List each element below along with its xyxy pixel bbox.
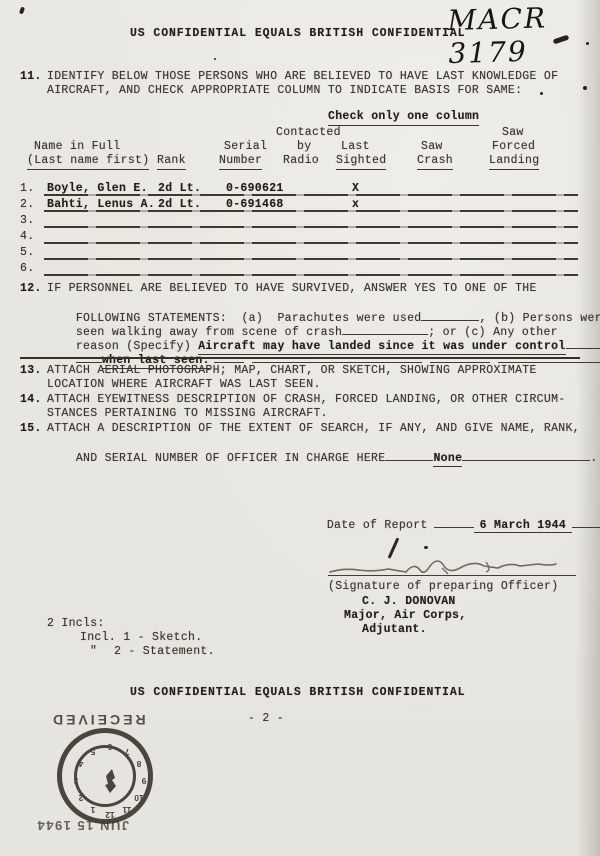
received-stamp-date: JUN 15 1944: [36, 818, 129, 833]
dial-number: 8: [137, 759, 142, 769]
item11-number: 11.: [20, 70, 42, 84]
item14-number: 14.: [20, 393, 42, 407]
date-blank-right: [572, 517, 600, 528]
item15-period: .: [590, 452, 597, 465]
col-radio: Radio: [283, 154, 319, 168]
row-number: 5.: [20, 246, 34, 260]
item13-number: 13.: [20, 364, 42, 378]
macr-number-handwritten: MACR 3179: [447, 0, 600, 70]
item13-line2: LOCATION WHERE AIRCRAFT WAS LAST SEEN.: [47, 378, 321, 392]
row-underline: [44, 210, 578, 212]
row-number: 2.: [20, 198, 34, 212]
dial-number: 7: [125, 747, 130, 757]
item15-line1: ATTACH A DESCRIPTION OF THE EXTENT OF SE…: [47, 422, 580, 436]
scanned-document-page: MACR 3179 US CONFIDENTIAL EQUALS BRITISH…: [0, 0, 600, 856]
item11-line2: AIRCRAFT, AND CHECK APPROPRIATE COLUMN T…: [47, 84, 522, 98]
enclosure-item-2: 2 - Statement.: [114, 645, 215, 659]
dial-number: 11: [123, 805, 132, 815]
item11-line1: IDENTIFY BELOW THOSE PERSONS WHO ARE BEL…: [47, 70, 558, 84]
dial-number: 9: [142, 776, 147, 786]
item15-number: 15.: [20, 422, 42, 436]
item13-line1: ATTACH AERIAL PHOTOGRAPH; MAP, CHART, OR…: [47, 364, 537, 378]
dial-center-pointer-icon: [101, 768, 119, 794]
signature-line: [328, 564, 576, 576]
col-forced: Forced: [492, 140, 535, 154]
time-stamp-dial: 12 1 2 3 4 5 6 7 8 9 10 11: [57, 728, 153, 824]
ink-speck: [583, 86, 587, 90]
enclosures-count: 2 Incls:: [47, 617, 105, 631]
ink-speck: [214, 58, 216, 60]
dial-number: 3: [74, 776, 79, 786]
dial-number: 5: [91, 747, 96, 757]
item12-number: 12.: [20, 282, 42, 296]
col-rank: Rank: [157, 154, 186, 170]
item14-line2: STANCES PERTAINING TO MISSING AIRCRAFT.: [47, 407, 328, 421]
dial-number: 2: [79, 793, 84, 803]
classification-header: US CONFIDENTIAL EQUALS BRITISH CONFIDENT…: [130, 27, 465, 41]
col-name-line1: Name in Full: [34, 140, 120, 154]
check-one-column-note: Check only one column: [328, 110, 479, 126]
item15-line2-text: AND SERIAL NUMBER OF OFFICER IN CHARGE H…: [76, 452, 386, 465]
row-number: 6.: [20, 262, 34, 276]
date-of-report-line: Date of Report6 March 1944.: [298, 503, 600, 546]
received-stamp-text: RECEIVED: [50, 712, 146, 728]
col-group-contacted: Contacted: [276, 126, 341, 140]
dial-number: 1: [91, 805, 96, 815]
col-crash: Crash: [417, 154, 453, 170]
row-underline: [44, 242, 578, 244]
signature-caption: (Signature of preparing Officer): [328, 580, 558, 594]
enclosure-ditto-mark: ": [90, 645, 97, 659]
ink-speck: [19, 7, 25, 15]
officer-title-2: Adjutant.: [362, 623, 427, 637]
date-blank-left: [434, 517, 474, 528]
dial-number: 6: [108, 742, 113, 752]
col-sighted: Sighted: [336, 154, 386, 170]
row-underline: [44, 226, 578, 228]
row-number: 4.: [20, 230, 34, 244]
date-of-report-label: Date of Report: [327, 519, 428, 532]
officer-blank-right: [462, 450, 590, 461]
officer-blank-left: [385, 450, 433, 461]
classification-footer: US CONFIDENTIAL EQUALS BRITISH CONFIDENT…: [130, 686, 465, 700]
page-number: - 2 -: [248, 712, 284, 726]
section-divider: [20, 357, 580, 359]
item12-line1: IF PERSONNEL ARE BELIEVED TO HAVE SURVIV…: [47, 282, 537, 296]
row-number: 1.: [20, 182, 34, 196]
date-of-report-value: 6 March 1944: [474, 519, 572, 533]
enclosure-item-1: Incl. 1 - Sketch.: [80, 631, 202, 645]
col-name-line2: (Last name first): [27, 154, 149, 170]
row-number: 3.: [20, 214, 34, 228]
col-landing: Landing: [489, 154, 539, 170]
row-underline: [44, 274, 578, 276]
officer-title-1: Major, Air Corps,: [344, 609, 466, 623]
dial-number: 10: [134, 793, 143, 803]
ink-speck: [586, 42, 589, 45]
row-underline: [44, 194, 578, 196]
col-saw: Saw: [421, 140, 443, 154]
item14-line1: ATTACH EYEWITNESS DESCRIPTION OF CRASH, …: [47, 393, 565, 407]
col-serial-line2: Number: [219, 154, 262, 170]
officer-name: C. J. DONOVAN: [362, 595, 456, 609]
item15-answer: None: [433, 452, 462, 467]
item15-line2: AND SERIAL NUMBER OF OFFICER IN CHARGE H…: [47, 436, 597, 479]
dial-number: 4: [79, 759, 84, 769]
ink-speck: [424, 546, 428, 549]
col-group-saw: Saw: [502, 126, 524, 140]
col-last: Last: [341, 140, 370, 154]
ink-speck: [540, 92, 543, 95]
col-by: by: [297, 140, 311, 154]
row-underline: [44, 258, 578, 260]
col-serial-line1: Serial: [224, 140, 267, 154]
